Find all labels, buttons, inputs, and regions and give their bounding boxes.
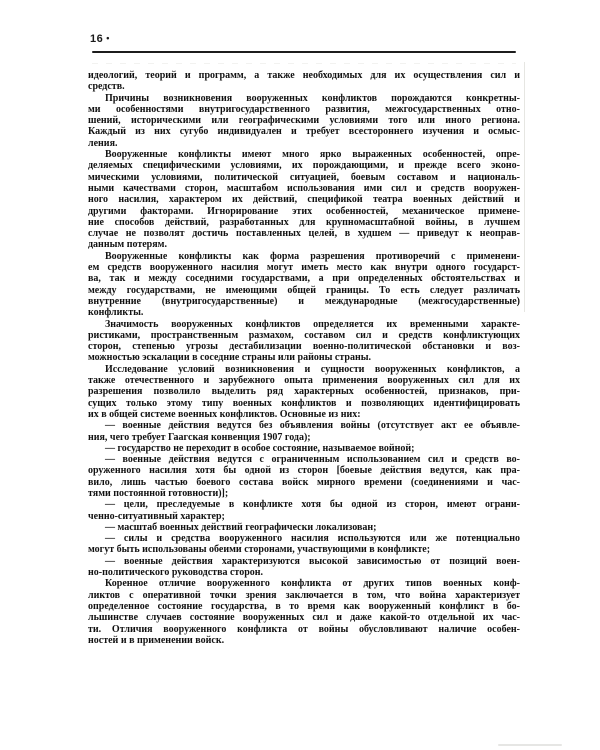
text-line: ристиками, пространственным размахом, со… — [88, 330, 520, 341]
paragraph: Вооруженные конфликты как форма разрешен… — [88, 251, 520, 319]
scan-artifact-shadow — [498, 744, 562, 746]
text-line: ние способов действий, разработанных для… — [88, 217, 520, 228]
text-line: определенное состояние государства, в то… — [88, 601, 520, 612]
paragraph: — государство не переходит в особое сост… — [88, 443, 520, 454]
paragraph: — силы и средства вооруженного насилия и… — [88, 533, 520, 556]
text-line: ми особенностями внутригосударственного … — [88, 104, 520, 115]
text-line: ем средств вооруженного насилия могут им… — [88, 262, 520, 273]
paragraph: Причины возникновения вооруженных конфли… — [88, 93, 520, 149]
text-line: вило, лишь частью боевого состава войск … — [88, 477, 520, 488]
scan-artifact-line — [524, 62, 525, 312]
scan-artifact-dots — [92, 63, 516, 64]
text-line: сущих только этому типу военных конфликт… — [88, 398, 520, 409]
text-line: могут быть использованы обеими сторонами… — [88, 544, 520, 555]
text-line: ва, так и между соседними государствами,… — [88, 273, 520, 284]
text-line: ти. Отличия вооруженного конфликта от во… — [88, 624, 520, 635]
scanned-book-page: 16• идеологий, теорий и программ, а такж… — [0, 0, 600, 750]
text-line: Каждый из них сугубо индивидуален и треб… — [88, 126, 520, 137]
paragraph: — военные действия ведутся без объявлени… — [88, 420, 520, 443]
text-line: между государствами, не имеющими общей г… — [88, 285, 520, 296]
text-line: Значимость вооруженных конфликтов опреде… — [88, 319, 520, 330]
paragraph: Коренное отличие вооруженного конфликта … — [88, 578, 520, 646]
text-line: деляемых специфическими условиями, их по… — [88, 160, 520, 171]
text-line: льшинстве случаев состояние вооруженных … — [88, 612, 520, 623]
text-line: оруженного насилия хотя бы одной из стор… — [88, 465, 520, 476]
text-line: ностей и в применении войск. — [88, 635, 520, 646]
text-line: случае не позволят достичь поставленных … — [88, 228, 520, 239]
text-line: средств. — [88, 81, 520, 92]
paragraph: идеологий, теорий и программ, а также не… — [88, 70, 520, 93]
text-line: шений, историческими или географическими… — [88, 115, 520, 126]
text-line: сторон, степенью угрозы дестабилизации в… — [88, 341, 520, 352]
text-line: идеологий, теорий и программ, а также не… — [88, 70, 520, 81]
paragraph: — военные действия характеризуются высок… — [88, 556, 520, 579]
text-line: внутренние (внутригосударственные) и меж… — [88, 296, 520, 307]
text-line: ления. — [88, 138, 520, 149]
text-line: — цели, преследуемые в конфликте хотя бы… — [88, 499, 520, 510]
text-line: также отечественного и зарубежного опыта… — [88, 375, 520, 386]
text-line: — военные действия ведутся с ограниченны… — [88, 454, 520, 465]
text-line: — военные действия характеризуются высок… — [88, 556, 520, 567]
text-line: другими факторами. Игнорирование этих ос… — [88, 206, 520, 217]
text-line: их в общей системе военных конфликтов. О… — [88, 409, 520, 420]
header-rule — [92, 51, 516, 53]
text-line: ликтов с оперативной точки зрения заключ… — [88, 590, 520, 601]
text-line: Исследование условий возникновения и сущ… — [88, 364, 520, 375]
page-sheet: 16• идеологий, теорий и программ, а такж… — [0, 0, 600, 750]
text-line: — военные действия ведутся без объявлени… — [88, 420, 520, 431]
paragraph: Вооруженные конфликты имеют много ярко в… — [88, 149, 520, 251]
text-line: конфликты. — [88, 307, 520, 318]
text-line: — государство не переходит в особое сост… — [88, 443, 520, 454]
text-line: разрешения позволило выделить ряд характ… — [88, 386, 520, 397]
text-line: — силы и средства вооруженного насилия и… — [88, 533, 520, 544]
text-line: тями постоянной готовности)]; — [88, 488, 520, 499]
paragraph: Значимость вооруженных конфликтов опреде… — [88, 319, 520, 364]
text-line: Вооруженные конфликты как форма разрешен… — [88, 251, 520, 262]
text-line: ного насилия, характером их действий, сп… — [88, 194, 520, 205]
paragraph: — масштаб военных действий географически… — [88, 522, 520, 533]
paragraph: — цели, преследуемые в конфликте хотя бы… — [88, 499, 520, 522]
text-line: но-политического руководства сторон. — [88, 567, 520, 578]
text-line: Коренное отличие вооруженного конфликта … — [88, 578, 520, 589]
paragraph: Исследование условий возникновения и сущ… — [88, 364, 520, 420]
text-line: ченно-ситуативный характер; — [88, 511, 520, 522]
header-bullet: • — [106, 33, 110, 43]
page-header: 16• — [90, 33, 110, 45]
text-line: данным потерям. — [88, 239, 520, 250]
text-line: ния, чего требует Гаагская конвенция 190… — [88, 432, 520, 443]
text-line: Вооруженные конфликты имеют много ярко в… — [88, 149, 520, 160]
paragraph: — военные действия ведутся с ограниченны… — [88, 454, 520, 499]
page-number: 16 — [90, 33, 103, 45]
text-line: — масштаб военных действий географически… — [88, 522, 520, 533]
body-text: идеологий, теорий и программ, а также не… — [88, 70, 520, 646]
text-line: Причины возникновения вооруженных конфли… — [88, 93, 520, 104]
text-line: мическими условиями, политической ситуац… — [88, 172, 520, 183]
text-line: можностью эскалации в соседние страны ил… — [88, 352, 520, 363]
text-line: ными качествами сторон, масштабом исполь… — [88, 183, 520, 194]
